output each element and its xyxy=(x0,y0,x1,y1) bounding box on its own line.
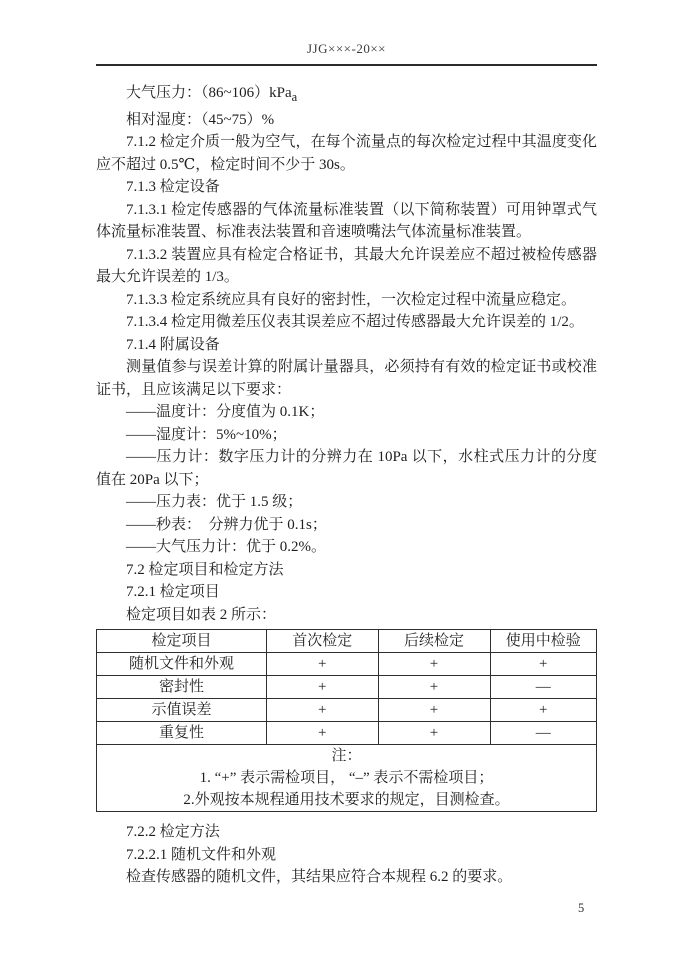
table-row: 重复性 + + — xyxy=(97,722,597,745)
row-first-value: + xyxy=(267,722,379,745)
atmospheric-pressure-text: 大气压力：（86~106）kPa xyxy=(126,85,292,101)
kpa-subscript: a xyxy=(292,90,298,104)
paragraph-table-intro: 检定项目如表 2 所示： xyxy=(96,604,597,627)
page-number: 5 xyxy=(578,901,584,916)
inspection-items-table: 检定项目 首次检定 后续检定 使用中检验 随机文件和外观 + + + 密封性 + xyxy=(96,629,597,812)
paragraph-7-1-3-2: 7.1.3.2 装置应具有检定合格证书，其最大允许误差应不超过被检传感器最大允许… xyxy=(96,244,597,289)
paragraph-7-1-4: 测量值参与误差计算的附属计量器具，必须持有有效的检定证书或校准证书，且应该满足以… xyxy=(96,356,597,401)
header-rule xyxy=(96,64,597,66)
heading-7-2: 7.2 检定项目和检定方法 xyxy=(96,559,597,582)
heading-7-2-2-1: 7.2.2.1 随机文件和外观 xyxy=(96,844,597,867)
heading-7-2-2: 7.2.2 检定方法 xyxy=(96,821,597,844)
column-header-first-verification: 首次检定 xyxy=(267,630,379,653)
dash-item-thermometer: ——温度计：分度值为 0.1K； xyxy=(96,401,597,424)
table-row: 随机文件和外观 + + + xyxy=(97,653,597,676)
column-header-subsequent-verification: 后续检定 xyxy=(378,630,490,653)
row-item-label: 密封性 xyxy=(97,676,267,699)
note-label: 注： xyxy=(97,745,596,767)
document-page: JJG×××-20×× 大气压力：（86~106）kPaa 相对湿度：（45~7… xyxy=(0,0,693,980)
heading-7-2-1: 7.2.1 检定项目 xyxy=(96,581,597,604)
dash-item-pressure-meter: ——压力计：数字压力计的分辨力在 10Pa 以下，水柱式压力计的分度值在 20P… xyxy=(96,446,597,491)
column-header-item: 检定项目 xyxy=(97,630,267,653)
content-area: 大气压力：（86~106）kPaa 相对湿度：（45~75）% 7.1.2 检定… xyxy=(96,82,597,889)
dash-item-barometer: ——大气压力计：优于 0.2%。 xyxy=(96,536,597,559)
row-inuse-value: — xyxy=(490,676,597,699)
row-subsequent-value: + xyxy=(378,676,490,699)
table-row: 密封性 + + — xyxy=(97,676,597,699)
paragraph-relative-humidity: 相对湿度：（45~75）% xyxy=(96,109,597,132)
row-inuse-value: + xyxy=(490,699,597,722)
paragraph-7-1-3-3: 7.1.3.3 检定系统应具有良好的密封性，一次检定过程中流量应稳定。 xyxy=(96,289,597,312)
table-row: 示值误差 + + + xyxy=(97,699,597,722)
row-inuse-value: + xyxy=(490,653,597,676)
doc-code-header: JJG×××-20×× xyxy=(0,41,693,57)
heading-7-1-4: 7.1.4 附属设备 xyxy=(96,334,597,357)
dash-item-hygrometer: ——湿度计：5%~10%； xyxy=(96,424,597,447)
row-subsequent-value: + xyxy=(378,699,490,722)
row-inuse-value: — xyxy=(490,722,597,745)
table-header-row: 检定项目 首次检定 后续检定 使用中检验 xyxy=(97,630,597,653)
paragraph-7-1-3-1: 7.1.3.1 检定传感器的气体流量标准装置（以下简称装置）可用钟罩式气体流量标… xyxy=(96,199,597,244)
paragraph-7-1-3-4: 7.1.3.4 检定用微差压仪表其误差应不超过传感器最大允许误差的 1/2。 xyxy=(96,311,597,334)
row-first-value: + xyxy=(267,699,379,722)
note-line-2: 2.外观按本规程通用技术要求的规定，目测检查。 xyxy=(97,789,596,811)
paragraph-7-1-2: 7.1.2 检定介质一般为空气，在每个流量点的每次检定过程中其温度变化应不超过 … xyxy=(96,131,597,176)
row-first-value: + xyxy=(267,653,379,676)
heading-7-1-3: 7.1.3 检定设备 xyxy=(96,176,597,199)
row-subsequent-value: + xyxy=(378,653,490,676)
paragraph-atmospheric-pressure: 大气压力：（86~106）kPaa xyxy=(96,82,597,109)
paragraph-7-2-2-1: 检查传感器的随机文件，其结果应符合本规程 6.2 的要求。 xyxy=(96,866,597,889)
dash-item-stopwatch: ——秒表： 分辨力优于 0.1s； xyxy=(96,514,597,537)
row-item-label: 随机文件和外观 xyxy=(97,653,267,676)
row-first-value: + xyxy=(267,676,379,699)
row-item-label: 重复性 xyxy=(97,722,267,745)
table-notes-cell: 注： 1. “+” 表示需检项目， “–” 表示不需检项目； 2.外观按本规程通… xyxy=(97,745,597,812)
column-header-inuse-inspection: 使用中检验 xyxy=(490,630,597,653)
dash-item-pressure-gauge: ——压力表：优于 1.5 级； xyxy=(96,491,597,514)
row-item-label: 示值误差 xyxy=(97,699,267,722)
table-notes-row: 注： 1. “+” 表示需检项目， “–” 表示不需检项目； 2.外观按本规程通… xyxy=(97,745,597,812)
note-line-1: 1. “+” 表示需检项目， “–” 表示不需检项目； xyxy=(97,767,596,789)
row-subsequent-value: + xyxy=(378,722,490,745)
inspection-items-table-wrap: 检定项目 首次检定 后续检定 使用中检验 随机文件和外观 + + + 密封性 + xyxy=(96,629,597,812)
